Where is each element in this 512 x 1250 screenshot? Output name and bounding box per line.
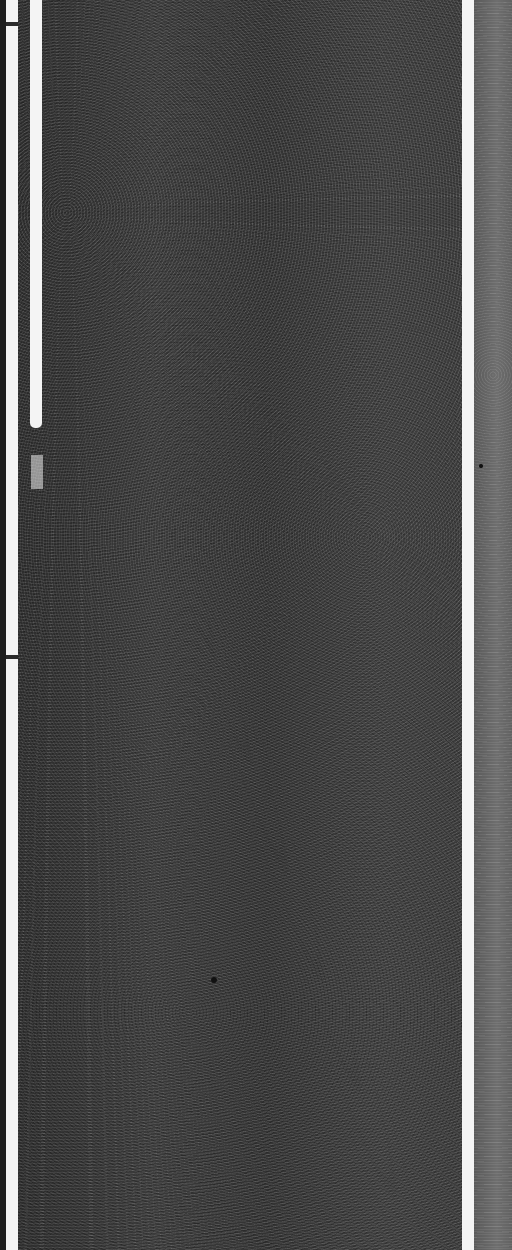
edge-line-joint xyxy=(6,655,18,659)
edge-line-joint xyxy=(6,22,18,26)
surface-blemish xyxy=(479,464,483,468)
left-dashed-lane-line xyxy=(30,0,42,428)
faded-lane-dash xyxy=(31,455,43,489)
right-solid-edge-line xyxy=(462,0,474,1250)
road-shoulder xyxy=(474,0,512,1250)
road-scene xyxy=(0,0,512,1250)
left-solid-edge-line xyxy=(6,0,18,1250)
asphalt-surface xyxy=(0,0,512,1250)
surface-blemish xyxy=(211,977,217,983)
